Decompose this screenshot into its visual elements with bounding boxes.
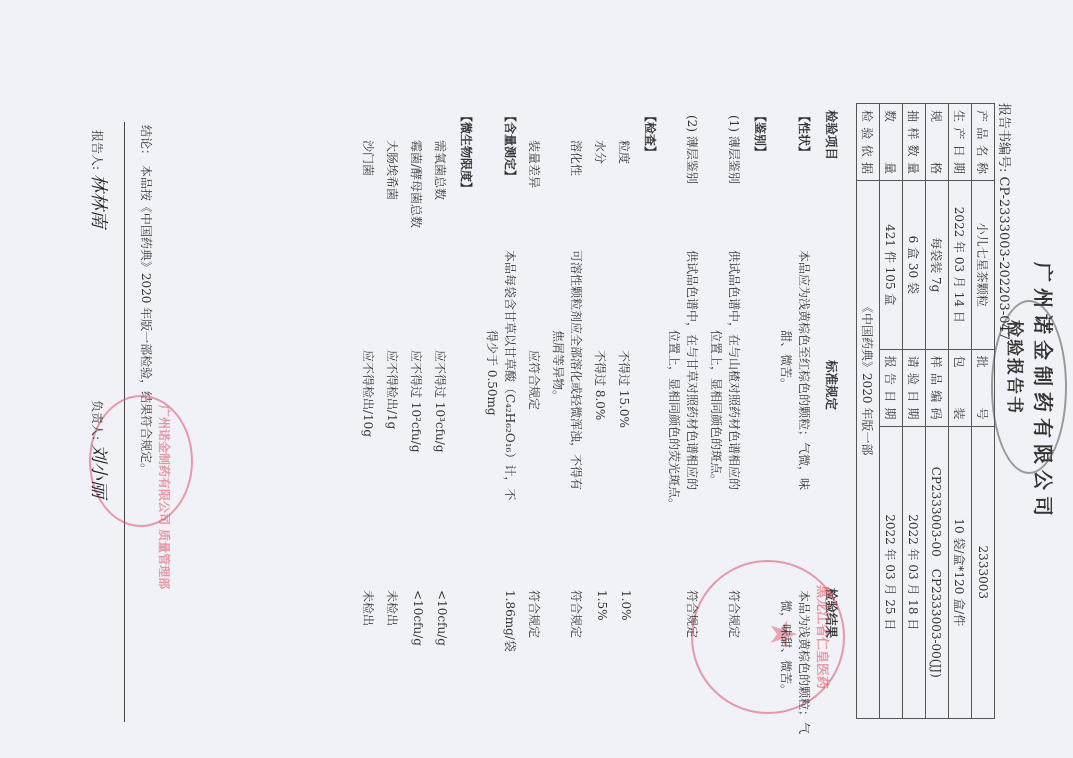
info-value: CP2333003-00 CP2333003-00(JJ) xyxy=(926,426,949,718)
result-text: <10cfu/g xyxy=(411,590,425,646)
info-row: 数 量421 件 105 盒报告日期2022 年 03 月 25 日 xyxy=(880,104,903,719)
reporter: 报告人: 林林南 xyxy=(87,130,113,228)
result-text: 未检出 xyxy=(384,590,401,626)
standard-text: 本品每袋含甘草以甘草酸（C₄₂H₆₂O₁₆）计，不 xyxy=(502,250,519,500)
item-name: 溶化性 xyxy=(568,140,585,176)
reporter-signature: 林林南 xyxy=(88,174,109,228)
item-name: 沙门菌 xyxy=(360,140,377,176)
info-table: 产品名称小儿七星茶颗粒批 号2333003生产日期2022 年 03 月 14 … xyxy=(856,103,995,719)
info-row: 产品名称小儿七星茶颗粒批 号2333003 xyxy=(972,104,995,719)
item-name: (1) 薄层鉴别 xyxy=(726,115,743,184)
standard-text: 应不得检出/1g xyxy=(384,350,401,429)
inspection-report-page: 广州诺金制药有限公司 检验报告书 报告书编号: CP-2333003-20220… xyxy=(0,0,1073,758)
info-label: 报告日期 xyxy=(880,349,903,426)
info-label: 包 装 xyxy=(949,349,972,426)
info-label: 产品名称 xyxy=(972,104,995,181)
info-label: 生产日期 xyxy=(949,104,972,181)
info-value: 6 盒 30 袋 xyxy=(903,181,926,350)
section-heading: 【微生物限度】 xyxy=(458,110,475,194)
result-text: 符合规定 xyxy=(726,590,743,638)
info-label: 批 号 xyxy=(972,349,995,426)
info-row: 抽样数量6 盒 30 袋请验日期2022 年 03 月 18 日 xyxy=(903,104,926,719)
info-label: 请验日期 xyxy=(903,349,926,426)
info-value: 小儿七星茶颗粒 xyxy=(972,181,995,350)
item-name: 需氧菌总数 xyxy=(432,140,449,200)
info-row: 生产日期2022 年 03 月 14 日包 装10 袋/盒*120 盒/件 xyxy=(949,104,972,719)
standard-text: 本品应为浅黄棕色至红棕色的颗粒；气微，味 xyxy=(796,250,813,490)
standard-text-cont: 位置上，显相同颜色的斑点。 xyxy=(708,330,725,486)
item-name: 水分 xyxy=(592,140,609,164)
report-number: 报告书编号: CP-2333003-202203-047 xyxy=(996,103,1015,340)
info-value: 2333003 xyxy=(972,426,995,718)
standard-text: 应符合规定 xyxy=(526,350,543,410)
result-text: 1.86mg/袋 xyxy=(502,590,519,652)
report-number-value: CP-2333003-202203-047 xyxy=(996,177,1011,341)
standard-text: 应不得过 10²cfu/g xyxy=(408,350,425,453)
standard-text: 应不得过 10³cfu/g xyxy=(432,350,449,453)
standard-text-cont: 得少于 0.50mg xyxy=(484,330,501,416)
info-row: 规 格每袋装 7g样品编码CP2333003-00 CP2333003-00(J… xyxy=(926,104,949,719)
result-text: 1.5% xyxy=(595,590,609,621)
info-label: 数 量 xyxy=(880,104,903,181)
result-text-cont: 微，味甜、微苦。 xyxy=(778,600,795,696)
responsible-signature: 刘小丽 xyxy=(88,444,109,498)
section-heading: 【检查】 xyxy=(642,110,659,158)
result-text: 符合规定 xyxy=(568,590,585,638)
section-heading: 【性状】 xyxy=(796,110,813,158)
column-header-standard: 标准规定 xyxy=(823,360,841,410)
info-value: 2022 年 03 月 14 日 xyxy=(949,181,972,350)
responsible-person: 负责人: 刘小丽 xyxy=(87,400,113,498)
standard-text: 供试品色谱中，在与甘草对照药材色谱相应的 xyxy=(684,250,701,490)
info-row-basis: 检验依据《中国药典》2020 年版一部 xyxy=(857,104,880,719)
responsible-label: 负责人: xyxy=(90,400,104,440)
result-text: 符合规定 xyxy=(526,590,543,638)
item-name: 霉菌/酵母菌总数 xyxy=(408,140,425,228)
info-value: 421 件 105 盒 xyxy=(880,181,903,350)
info-label: 抽样数量 xyxy=(903,104,926,181)
info-value: 2022 年 03 月 18 日 xyxy=(903,426,926,718)
quality-dept-stamp-text: 广州诺金制药有限公司 质量管理部 xyxy=(156,405,173,589)
result-text: <10cfu/g xyxy=(435,590,449,646)
result-text: 符合规定 xyxy=(684,590,701,638)
standard-text-cont: 焦屑等异物。 xyxy=(550,330,567,402)
info-label: 样品编码 xyxy=(926,349,949,426)
item-name: 装量差异 xyxy=(526,140,543,188)
standard-text: 供试品色谱中，在与山楂对照药材色谱相应的 xyxy=(726,250,743,490)
item-name: 粒度 xyxy=(616,140,633,164)
info-label: 规 格 xyxy=(926,104,949,181)
info-value: 2022 年 03 月 25 日 xyxy=(880,426,903,718)
result-text: 未检出 xyxy=(360,590,377,626)
result-text: 本品为浅黄棕色的颗粒；气 xyxy=(796,590,813,734)
report-number-label: 报告书编号: xyxy=(996,103,1011,172)
info-value: 10 袋/盒*120 盒/件 xyxy=(949,426,972,718)
item-name: (2) 薄层鉴别 xyxy=(684,115,701,184)
reporter-label: 报告人: xyxy=(90,130,104,170)
result-text: 1.0% xyxy=(619,590,633,621)
section-heading: 【鉴别】 xyxy=(752,110,769,158)
standard-text: 不得过 8.0% xyxy=(592,350,609,420)
item-name: 大肠埃希菌 xyxy=(384,140,401,200)
standard-text: 可溶性颗粒剂应全部溶化或轻微浑浊，不得有 xyxy=(568,250,585,490)
basis-label: 检验依据 xyxy=(857,104,880,181)
standard-text-cont: 位置上，显相同颜色的荧光斑点。 xyxy=(666,330,683,510)
section-heading: 【含量测定】 xyxy=(502,110,519,182)
standard-text: 应不得检出/10g xyxy=(360,350,377,437)
info-value: 每袋装 7g xyxy=(926,181,949,350)
standard-text-cont: 甜、微苦。 xyxy=(778,330,795,390)
standard-text: 不得过 15.0% xyxy=(616,350,633,428)
basis-value: 《中国药典》2020 年版一部 xyxy=(857,181,880,719)
column-header-item: 检验项目 xyxy=(823,110,841,160)
hospital-stamp-text: 黑龙江省仁皇医药 xyxy=(814,585,833,689)
